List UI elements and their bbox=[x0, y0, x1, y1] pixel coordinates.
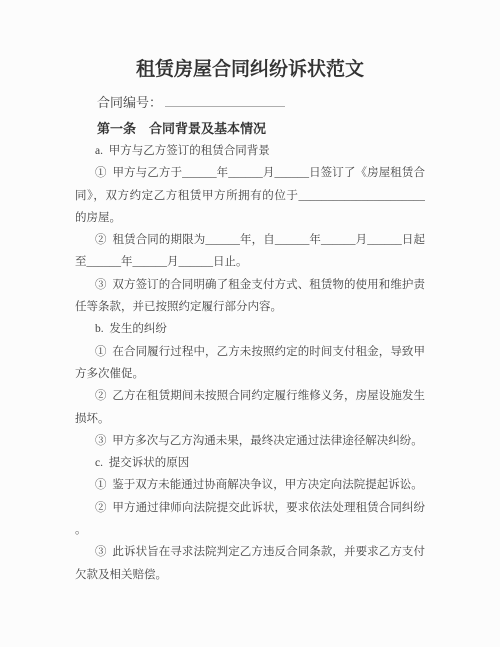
document-line: 任等条款，并已按照约定履行部分内容。 bbox=[75, 296, 425, 318]
document-line: ② 乙方在租赁期间未按照合同约定履行维修义务，房屋设施发生 bbox=[75, 385, 425, 407]
document-line: 损坏。 bbox=[75, 408, 425, 430]
section-heading: 第一条 合同背景及基本情况 bbox=[97, 119, 266, 139]
contract-number-blank bbox=[165, 94, 285, 107]
document-line: b. 发生的纠纷 bbox=[75, 318, 425, 340]
document-line: 同》，双方约定乙方租赁甲方所拥有的位于_____________________… bbox=[75, 185, 425, 207]
contract-number-label: 合同编号： bbox=[97, 95, 162, 110]
document-body: a. 甲方与乙方签订的租赁合同背景① 甲方与乙方于______年______月_… bbox=[75, 140, 425, 586]
document-page: 租赁房屋合同纠纷诉状范文 合同编号： 第一条 合同背景及基本情况 a. 甲方与乙… bbox=[0, 0, 500, 647]
document-line: ① 甲方与乙方于______年______月______日签订了《房屋租赁合 bbox=[75, 162, 425, 184]
document-line: 的房屋。 bbox=[75, 207, 425, 229]
document-line: 欠款及相关赔偿。 bbox=[75, 564, 425, 586]
document-line: a. 甲方与乙方签订的租赁合同背景 bbox=[75, 140, 425, 162]
document-line: ③ 双方签订的合同明确了租金支付方式、租赁物的使用和维护责 bbox=[75, 274, 425, 296]
document-line: ② 甲方通过律师向法院提交此诉状，要求依法处理租赁合同纠纷 bbox=[75, 497, 425, 519]
document-line: c. 提交诉状的原因 bbox=[75, 452, 425, 474]
document-line: 方多次催促。 bbox=[75, 363, 425, 385]
document-line: ① 在合同履行过程中，乙方未按照约定的时间支付租金，导致甲 bbox=[75, 341, 425, 363]
contract-number-line: 合同编号： bbox=[97, 94, 285, 112]
document-title: 租赁房屋合同纠纷诉状范文 bbox=[0, 57, 500, 83]
document-line: ③ 甲方多次与乙方沟通未果，最终决定通过法律途径解决纠纷。 bbox=[75, 430, 425, 452]
document-line: ② 租赁合同的期限为______年，自______年______月______日… bbox=[75, 229, 425, 251]
document-line: ③ 此诉状旨在寻求法院判定乙方违反合同条款，并要求乙方支付 bbox=[75, 541, 425, 563]
document-line: 。 bbox=[75, 519, 425, 541]
document-line: 至______年______月______日止。 bbox=[75, 251, 425, 273]
document-line: ① 鉴于双方未能通过协商解决争议，甲方决定向法院提起诉讼。 bbox=[75, 474, 425, 496]
